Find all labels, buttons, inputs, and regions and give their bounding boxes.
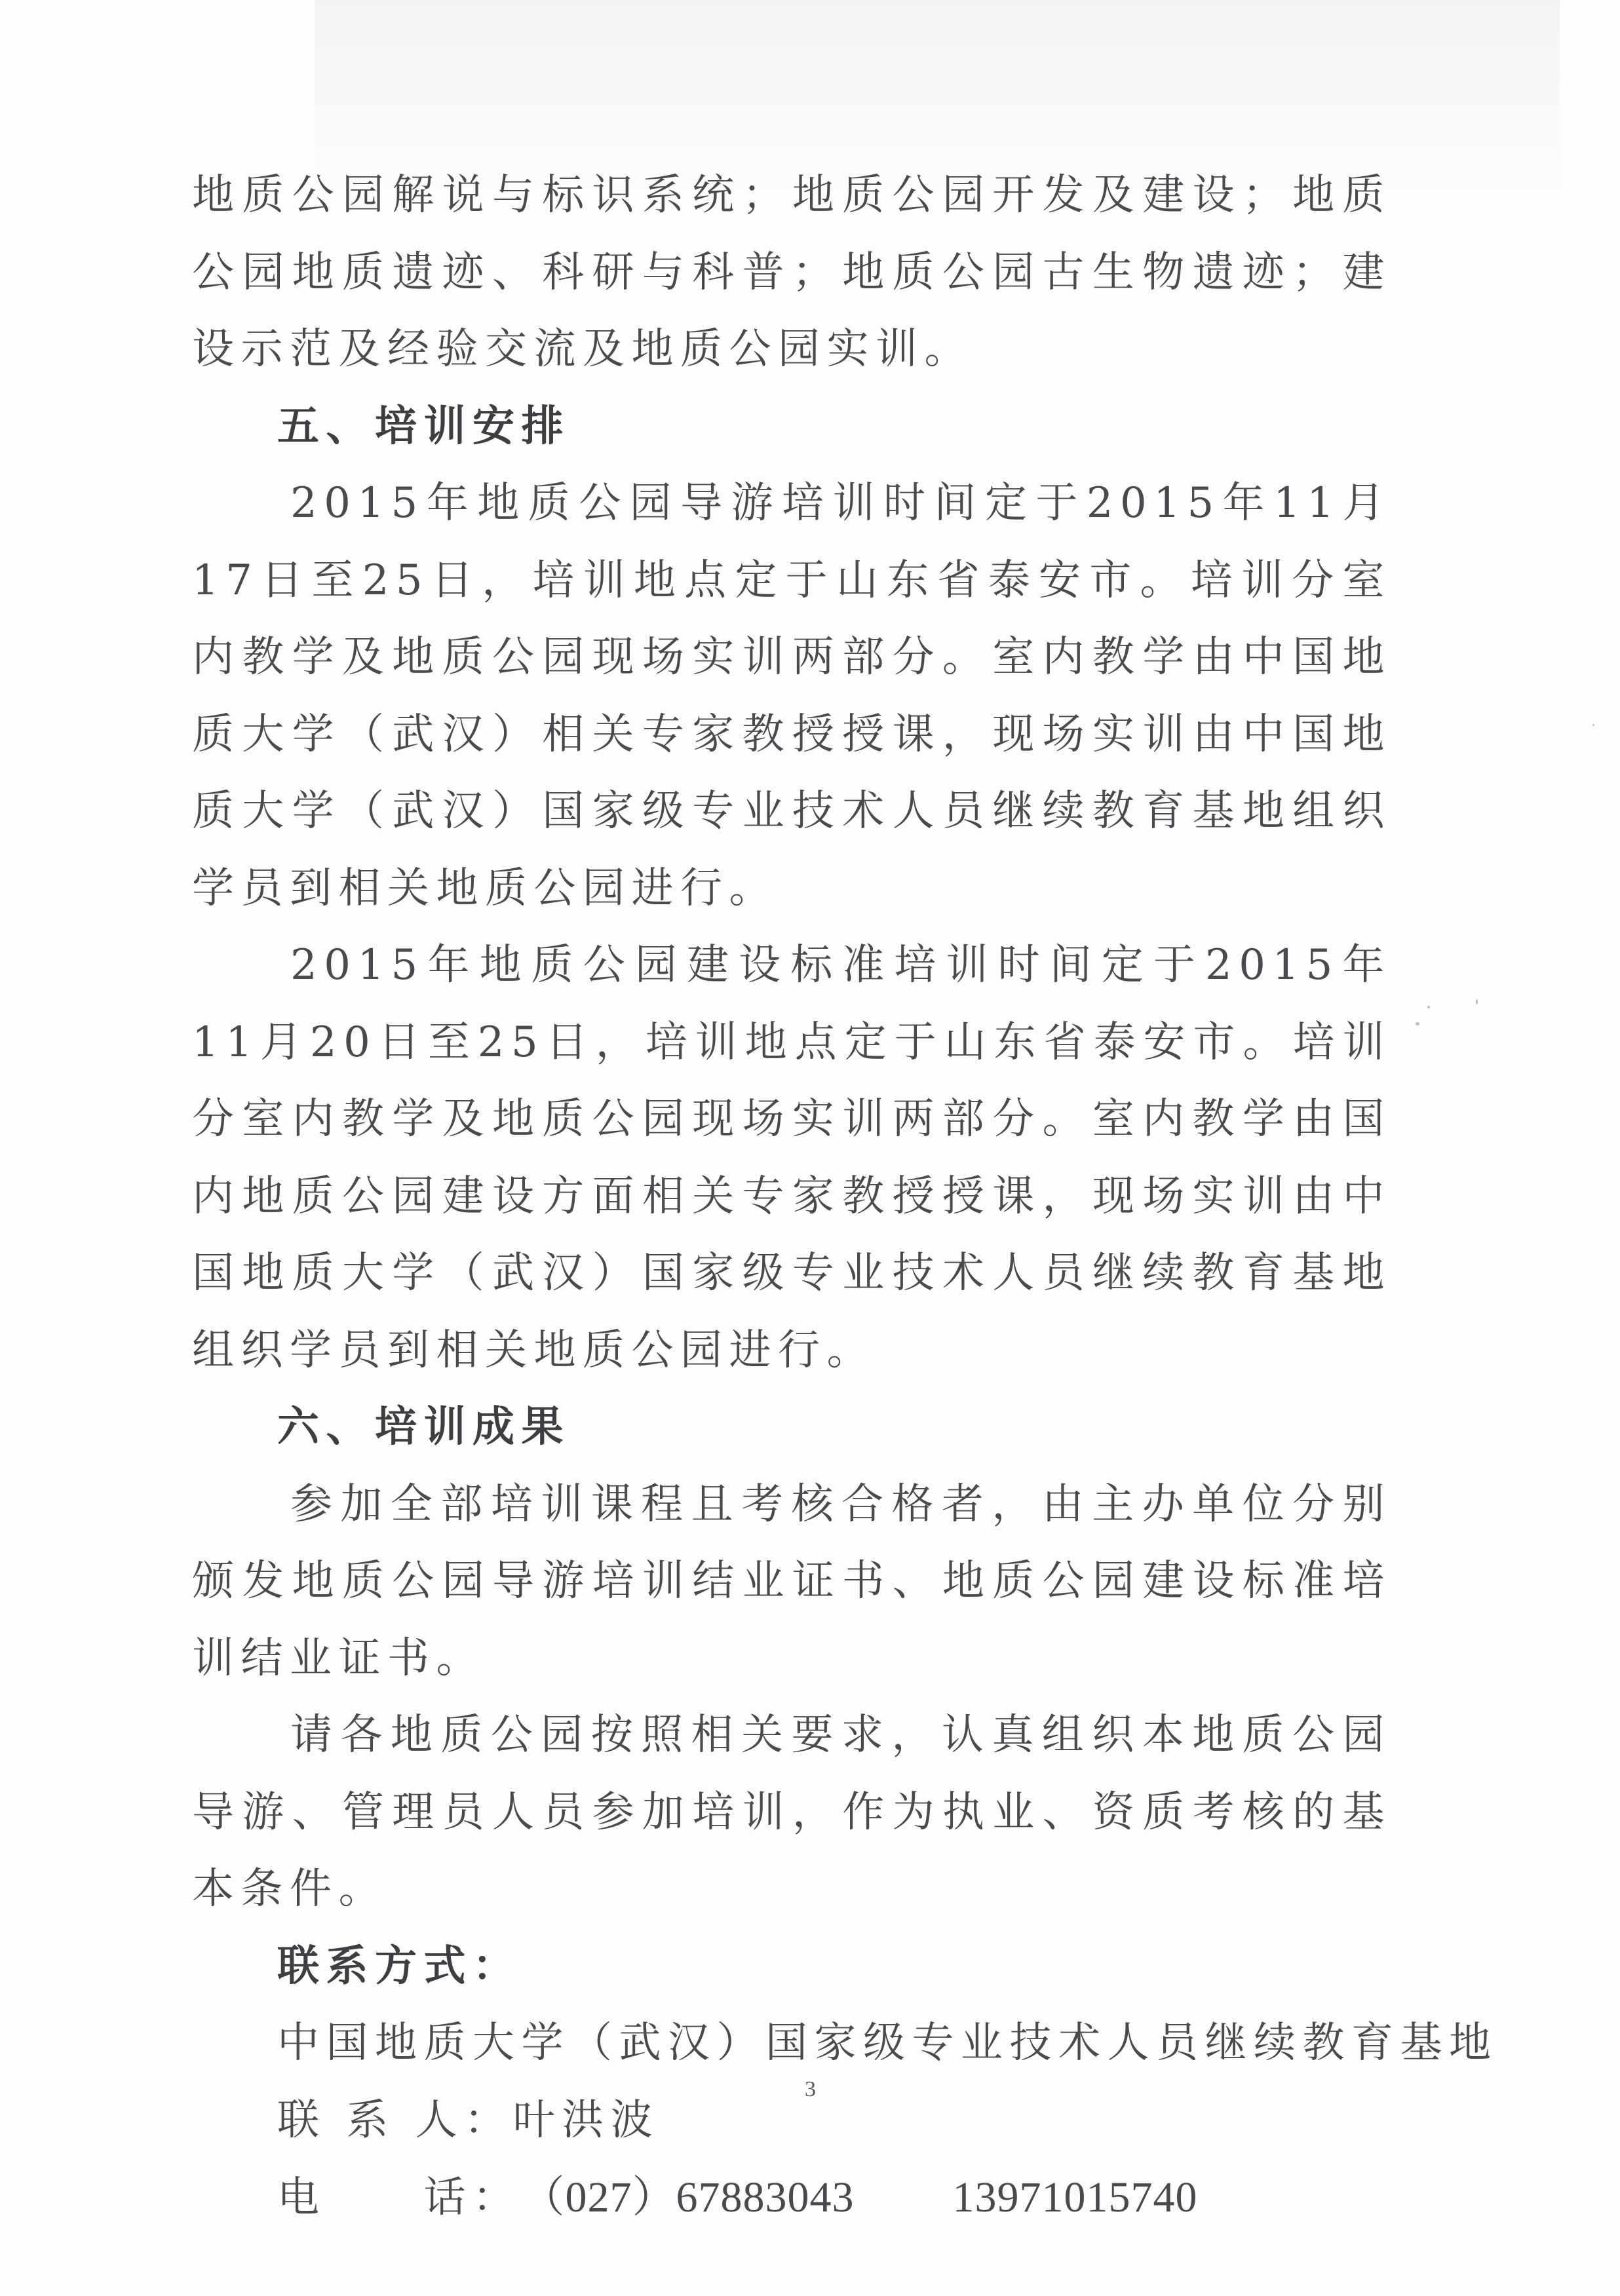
section-5-paragraph-1: 2015年地质公园导游培训时间定于2015年11月17日至25日，培训地点定于山… <box>192 465 1391 927</box>
page-number: 3 <box>805 2077 816 2102</box>
section-6-paragraph-1: 参加全部培训课程且考核合格者，由主办单位分别颁发地质公园导游培训结业证书、地质公… <box>192 1466 1391 1698</box>
section-5-heading: 五、培训安排 <box>192 389 1391 466</box>
contact-person-line: 联 系 人：叶洪波 <box>192 2082 1391 2160</box>
section-6-paragraph-2: 请各地质公园按照相关要求，认真组织本地质公园导游、管理员人员参加培训，作为执业、… <box>192 1697 1391 1928</box>
contact-phone-landline: （027）67883043 <box>522 2173 855 2221</box>
contact-phone-line: 电 话：（027）6788304313971015740 <box>192 2159 1391 2237</box>
scan-speck <box>1476 999 1478 1004</box>
document-body: 地质公园解说与标识系统；地质公园开发及建设；地质公园地质遗迹、科研与科普；地质公… <box>192 157 1391 2237</box>
scan-speck <box>1427 1006 1430 1008</box>
contact-phone-label: 电 话： <box>277 2160 522 2237</box>
contact-phone-mobile: 13971015740 <box>953 2173 1198 2221</box>
section-5-paragraph-2: 2015年地质公园建设标准培训时间定于2015年11月20日至25日，培训地点定… <box>192 927 1391 1389</box>
scan-speck <box>1592 724 1594 726</box>
document-page: 地质公园解说与标识系统；地质公园开发及建设；地质公园地质遗迹、科研与科普；地质公… <box>0 0 1620 2296</box>
contact-organization: 中国地质大学（武汉）国家级专业技术人员继续教育基地 <box>192 2005 1391 2082</box>
section-6-heading: 六、培训成果 <box>192 1389 1391 1466</box>
continuation-paragraph: 地质公园解说与标识系统；地质公园开发及建设；地质公园地质遗迹、科研与科普；地质公… <box>192 157 1391 389</box>
contact-person-name: 叶洪波 <box>513 2096 660 2145</box>
contact-heading: 联系方式： <box>192 1928 1391 2006</box>
scan-speck <box>1416 1022 1419 1025</box>
contact-person-label: 联 系 人： <box>277 2082 513 2160</box>
